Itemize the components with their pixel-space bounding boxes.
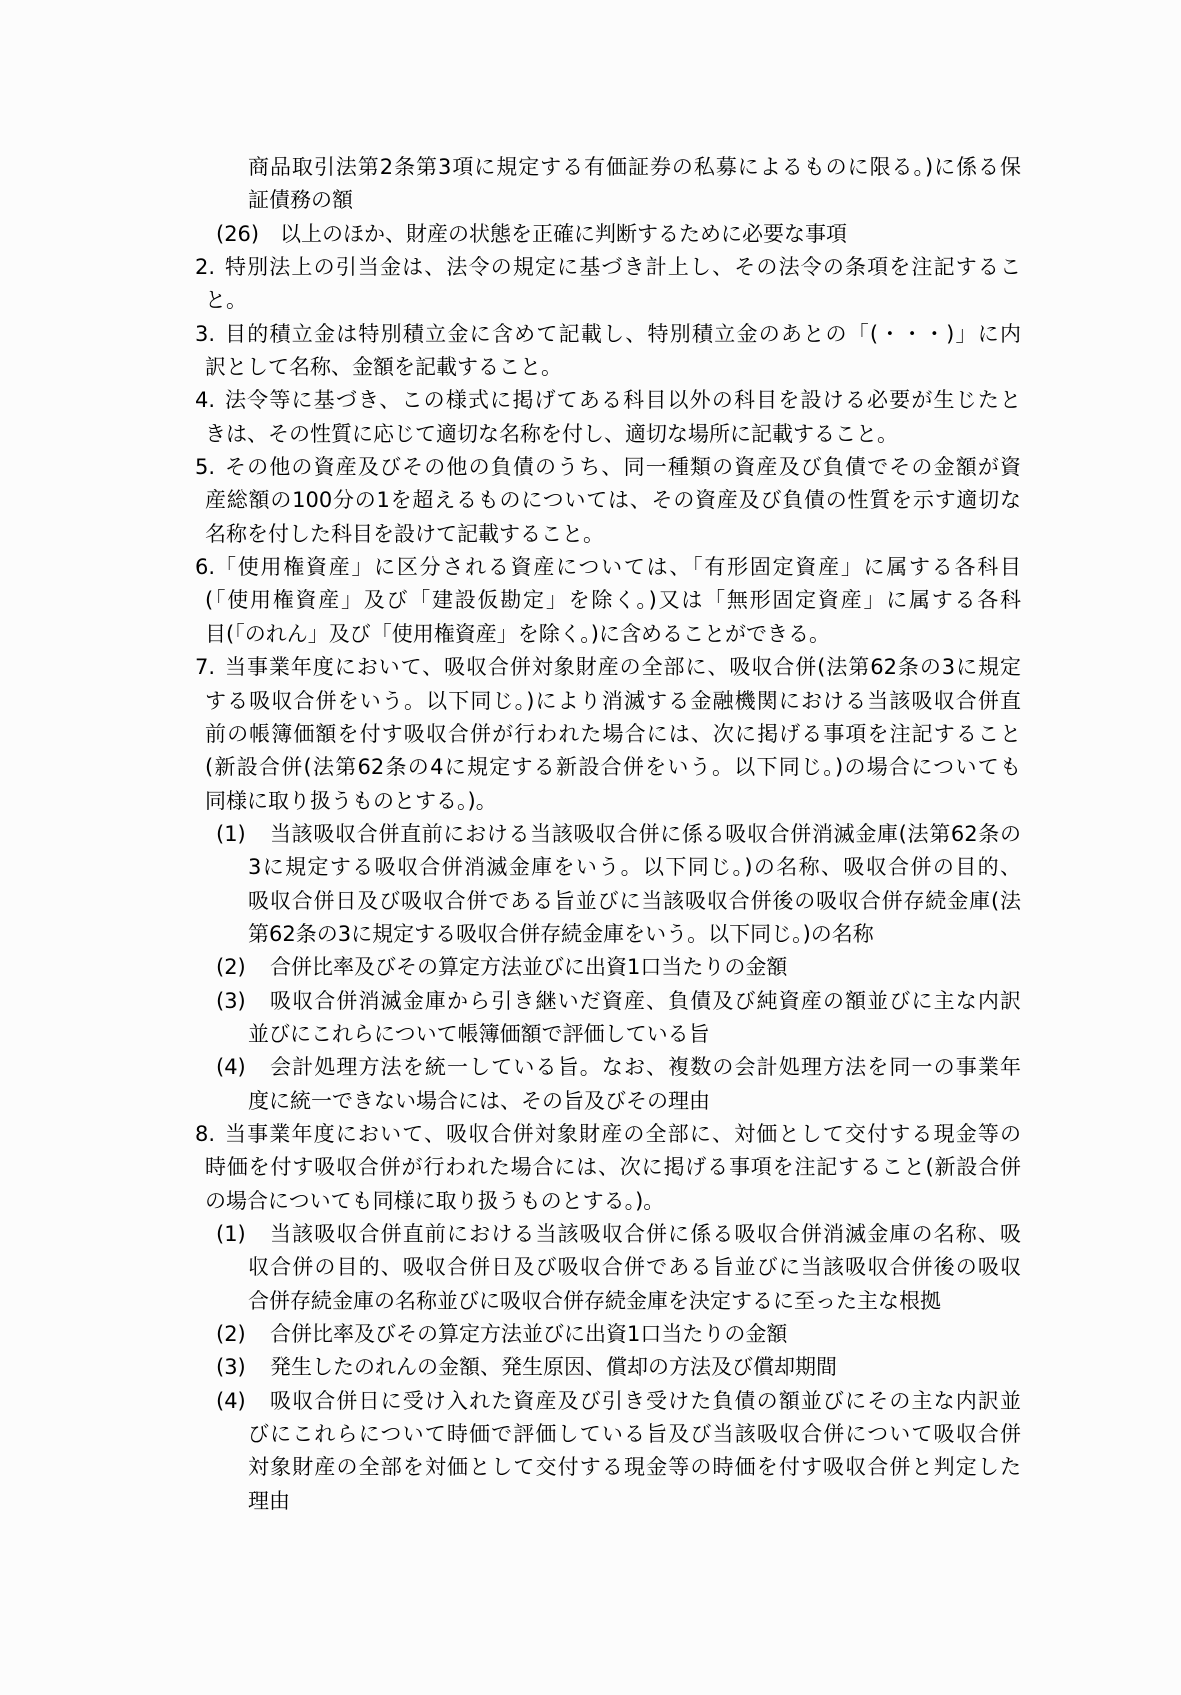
- note-7-subitem-3: (3) 吸収合併消滅金庫から引き継いだ資産、負債及び純資産の額並びに主な内訳 並…: [0, 985, 1181, 1052]
- note-line: と。: [0, 284, 1021, 317]
- subitem-line: 吸収合併日及び吸収合併である旨並びに当該吸収合併後の吸収合併存続金庫(法: [0, 885, 1021, 918]
- note-text: 当事業年度において、吸収合併対象財産の全部に、吸収合併(法第62条の3に規定: [225, 651, 1021, 684]
- item-26: (26) 以上のほか、財産の状態を正確に判断するために必要な事項: [0, 218, 1181, 251]
- subitem-line: 対象財産の全部を対価として交付する現金等の時価を付す吸収合併と判定した: [0, 1451, 1021, 1484]
- note-3: 3. 目的積立金は特別積立金に含めて記載し、特別積立金のあとの「(・・・)」に内…: [0, 318, 1181, 385]
- subitem-text: 会計処理方法を統一している旨。なお、複数の会計処理方法を同一の事業年: [270, 1051, 1021, 1084]
- note-8-subitem-2: (2) 合併比率及びその算定方法並びに出資1口当たりの金額: [0, 1318, 1181, 1351]
- subitem-line: (1) 当該吸収合併直前における当該吸収合併に係る吸収合併消滅金庫の名称、吸: [0, 1218, 1021, 1251]
- subitem-number: (3): [216, 1351, 270, 1384]
- subitem-number: (2): [216, 1318, 270, 1351]
- subitem-line: (3) 発生したのれんの金額、発生原因、償却の方法及び償却期間: [0, 1351, 1021, 1384]
- note-text: 「使用権資産」に区分される資産については、「有形固定資産」に属する各科目: [215, 551, 1021, 584]
- note-line: 5. その他の資産及びその他の負債のうち、同一種類の資産及び負債でその金額が資: [0, 451, 1021, 484]
- subitem-line: 理由: [0, 1485, 1021, 1518]
- subitem-text: 吸収合併消滅金庫から引き継いだ資産、負債及び純資産の額並びに主な内訳: [270, 985, 1021, 1018]
- note-line: 前の帳簿価額を付す吸収合併が行われた場合には、次に掲げる事項を注記すること: [0, 718, 1021, 751]
- item-line: (26) 以上のほか、財産の状態を正確に判断するために必要な事項: [0, 218, 1021, 251]
- subitem-text: 当該吸収合併直前における当該吸収合併に係る吸収合併消滅金庫(法第62条の: [270, 818, 1021, 851]
- subitem-line: 3に規定する吸収合併消滅金庫をいう。以下同じ。)の名称、吸収合併の目的、: [0, 851, 1021, 884]
- subitem-number: (3): [216, 985, 270, 1018]
- note-line: 目(「のれん」及び「使用権資産」を除く。)に含めることができる。: [0, 618, 1021, 651]
- note-number: 8.: [195, 1118, 225, 1151]
- subitem-line: 第62条の3に規定する吸収合併存続金庫をいう。以下同じ。)の名称: [0, 918, 1021, 951]
- note-5: 5. その他の資産及びその他の負債のうち、同一種類の資産及び負債でその金額が資 …: [0, 451, 1181, 551]
- note-number: 5.: [195, 451, 225, 484]
- subitem-line: (3) 吸収合併消滅金庫から引き継いだ資産、負債及び純資産の額並びに主な内訳: [0, 985, 1021, 1018]
- subitem-text: 合併比率及びその算定方法並びに出資1口当たりの金額: [270, 1318, 1021, 1351]
- document-page: 商品取引法第2条第3項に規定する有価証券の私募によるものに限る。)に係る保 証債…: [0, 0, 1181, 1695]
- note-line: する吸収合併をいう。以下同じ。)により消滅する金融機関における当該吸収合併直: [0, 685, 1021, 718]
- note-line: 4. 法令等に基づき、この様式に掲げてある科目以外の科目を設ける必要が生じたと: [0, 384, 1021, 417]
- item-25-continuation: 商品取引法第2条第3項に規定する有価証券の私募によるものに限る。)に係る保 証債…: [0, 151, 1181, 218]
- document-body: 商品取引法第2条第3項に規定する有価証券の私募によるものに限る。)に係る保 証債…: [0, 151, 1181, 1518]
- note-line: (「使用権資産」及び「建設仮勘定」を除く。)又は「無形固定資産」に属する各科: [0, 584, 1021, 617]
- note-line: 同様に取り扱うものとする。)。: [0, 785, 1021, 818]
- subitem-line: (4) 吸収合併日に受け入れた資産及び引き受けた負債の額並びにその主な内訳並: [0, 1385, 1021, 1418]
- note-line: 8. 当事業年度において、吸収合併対象財産の全部に、対価として交付する現金等の: [0, 1118, 1021, 1151]
- note-text: 当事業年度において、吸収合併対象財産の全部に、対価として交付する現金等の: [225, 1118, 1021, 1151]
- note-text: 法令等に基づき、この様式に掲げてある科目以外の科目を設ける必要が生じたと: [225, 384, 1021, 417]
- item-line: 証債務の額: [0, 184, 1021, 217]
- note-7: 7. 当事業年度において、吸収合併対象財産の全部に、吸収合併(法第62条の3に規…: [0, 651, 1181, 1118]
- note-line: 名称を付した科目を設けて記載すること。: [0, 518, 1021, 551]
- note-line: (新設合併(法第62条の4に規定する新設合併をいう。以下同じ。)の場合についても: [0, 751, 1021, 784]
- note-4: 4. 法令等に基づき、この様式に掲げてある科目以外の科目を設ける必要が生じたと …: [0, 384, 1181, 451]
- subitem-text: 発生したのれんの金額、発生原因、償却の方法及び償却期間: [270, 1351, 1021, 1384]
- subitem-line: 合併存続金庫の名称並びに吸収合併存続金庫を決定するに至った主な根拠: [0, 1285, 1021, 1318]
- note-6: 6. 「使用権資産」に区分される資産については、「有形固定資産」に属する各科目 …: [0, 551, 1181, 651]
- note-7-subitem-4: (4) 会計処理方法を統一している旨。なお、複数の会計処理方法を同一の事業年 度…: [0, 1051, 1181, 1118]
- subitem-line: (4) 会計処理方法を統一している旨。なお、複数の会計処理方法を同一の事業年: [0, 1051, 1021, 1084]
- item-text: 以上のほか、財産の状態を正確に判断するために必要な事項: [280, 218, 1021, 251]
- note-7-subitem-1: (1) 当該吸収合併直前における当該吸収合併に係る吸収合併消滅金庫(法第62条の…: [0, 818, 1181, 951]
- subitem-text: 当該吸収合併直前における当該吸収合併に係る吸収合併消滅金庫の名称、吸: [270, 1218, 1021, 1251]
- subitem-number: (1): [216, 1218, 270, 1251]
- item-line: 商品取引法第2条第3項に規定する有価証券の私募によるものに限る。)に係る保: [0, 151, 1021, 184]
- subitem-number: (1): [216, 818, 270, 851]
- note-number: 2.: [195, 251, 225, 284]
- note-8: 8. 当事業年度において、吸収合併対象財産の全部に、対価として交付する現金等の …: [0, 1118, 1181, 1518]
- note-number: 6.: [195, 551, 215, 584]
- note-2: 2. 特別法上の引当金は、法令の規定に基づき計上し、その法令の条項を注記するこ …: [0, 251, 1181, 318]
- note-text: その他の資産及びその他の負債のうち、同一種類の資産及び負債でその金額が資: [225, 451, 1021, 484]
- note-line: きは、その性質に応じて適切な名称を付し、適切な場所に記載すること。: [0, 418, 1021, 451]
- note-line: 3. 目的積立金は特別積立金に含めて記載し、特別積立金のあとの「(・・・)」に内: [0, 318, 1021, 351]
- subitem-line: (2) 合併比率及びその算定方法並びに出資1口当たりの金額: [0, 1318, 1021, 1351]
- subitem-text: 合併比率及びその算定方法並びに出資1口当たりの金額: [270, 951, 1021, 984]
- note-line: の場合についても同様に取り扱うものとする。)。: [0, 1185, 1021, 1218]
- subitem-number: (4): [216, 1385, 270, 1418]
- note-text: 目的積立金は特別積立金に含めて記載し、特別積立金のあとの「(・・・)」に内: [225, 318, 1021, 351]
- note-8-subitem-3: (3) 発生したのれんの金額、発生原因、償却の方法及び償却期間: [0, 1351, 1181, 1384]
- note-number: 4.: [195, 384, 225, 417]
- subitem-line: びにこれらについて時価で評価している旨及び当該吸収合併について吸収合併: [0, 1418, 1021, 1451]
- subitem-line: (1) 当該吸収合併直前における当該吸収合併に係る吸収合併消滅金庫(法第62条の: [0, 818, 1021, 851]
- subitem-line: (2) 合併比率及びその算定方法並びに出資1口当たりの金額: [0, 951, 1021, 984]
- item-number: (26): [216, 218, 280, 251]
- note-number: 3.: [195, 318, 225, 351]
- note-number: 7.: [195, 651, 225, 684]
- subitem-text: 吸収合併日に受け入れた資産及び引き受けた負債の額並びにその主な内訳並: [270, 1385, 1021, 1418]
- subitem-number: (2): [216, 951, 270, 984]
- note-7-subitem-2: (2) 合併比率及びその算定方法並びに出資1口当たりの金額: [0, 951, 1181, 984]
- note-line: 2. 特別法上の引当金は、法令の規定に基づき計上し、その法令の条項を注記するこ: [0, 251, 1021, 284]
- subitem-line: 収合併の目的、吸収合併日及び吸収合併である旨並びに当該吸収合併後の吸収: [0, 1251, 1021, 1284]
- subitem-line: 度に統一できない場合には、その旨及びその理由: [0, 1085, 1021, 1118]
- note-text: 特別法上の引当金は、法令の規定に基づき計上し、その法令の条項を注記するこ: [225, 251, 1021, 284]
- note-8-subitem-1: (1) 当該吸収合併直前における当該吸収合併に係る吸収合併消滅金庫の名称、吸 収…: [0, 1218, 1181, 1318]
- note-line: 産総額の100分の1を超えるものについては、その資産及び負債の性質を示す適切な: [0, 484, 1021, 517]
- note-line: 7. 当事業年度において、吸収合併対象財産の全部に、吸収合併(法第62条の3に規…: [0, 651, 1021, 684]
- note-8-subitem-4: (4) 吸収合併日に受け入れた資産及び引き受けた負債の額並びにその主な内訳並 び…: [0, 1385, 1181, 1518]
- note-line: 時価を付す吸収合併が行われた場合には、次に掲げる事項を注記すること(新設合併: [0, 1151, 1021, 1184]
- note-line: 訳として名称、金額を記載すること。: [0, 351, 1021, 384]
- note-line: 6. 「使用権資産」に区分される資産については、「有形固定資産」に属する各科目: [0, 551, 1021, 584]
- subitem-line: 並びにこれらについて帳簿価額で評価している旨: [0, 1018, 1021, 1051]
- subitem-number: (4): [216, 1051, 270, 1084]
